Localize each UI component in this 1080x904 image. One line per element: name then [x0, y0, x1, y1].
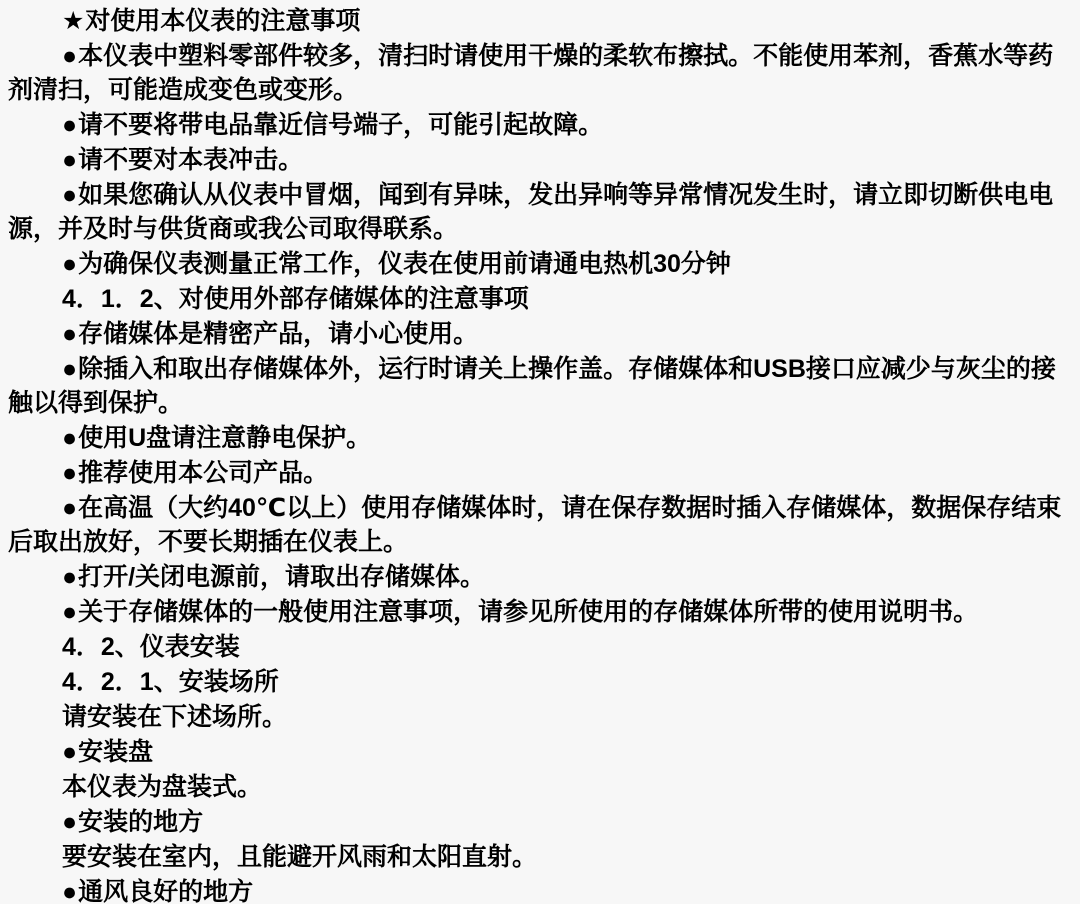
paragraph-text: 存储媒体是精密产品，请小心使用。: [78, 320, 478, 348]
bullet-paragraph: ●为确保仪表测量正常工作，仪表在使用前请通电热机30分钟: [8, 247, 1064, 281]
bullet-paragraph: ●本仪表中塑料零部件较多，清扫时请使用干燥的柔软布擦拭。不能使用苯剂，香蕉水等药…: [8, 39, 1064, 107]
document-body: ★对使用本仪表的注意事项●本仪表中塑料零部件较多，清扫时请使用干燥的柔软布擦拭。…: [8, 4, 1064, 904]
paragraph-text: 推荐使用本公司产品。: [78, 459, 328, 487]
paragraph-text: 4．2．1、安装场所: [62, 668, 279, 696]
section-heading: 4．1．2、对使用外部存储媒体的注意事项: [8, 282, 1064, 316]
paragraph-text: 请不要对本表冲击。: [78, 146, 303, 174]
bullet-icon: ●: [62, 181, 78, 209]
bullet-paragraph: ●存储媒体是精密产品，请小心使用。: [8, 317, 1064, 351]
paragraph-text: 打开/关闭电源前，请取出存储媒体。: [78, 563, 485, 591]
bullet-icon: ●: [62, 808, 78, 836]
bullet-icon: ●: [62, 250, 78, 278]
paragraph-text: 4．2、仪表安装: [62, 633, 240, 661]
paragraph-text: 请安装在下述场所。: [62, 703, 287, 731]
bullet-paragraph: ●推荐使用本公司产品。: [8, 456, 1064, 490]
bullet-icon: ●: [62, 146, 78, 174]
bullet-icon: ●: [62, 878, 78, 904]
star-icon: ★: [62, 7, 85, 35]
bullet-paragraph: ●请不要将带电品靠近信号端子，可能引起故障。: [8, 108, 1064, 142]
paragraph-text: 关于存储媒体的一般使用注意事项，请参见所使用的存储媒体所带的使用说明书。: [78, 598, 978, 626]
bullet-icon: ●: [62, 494, 78, 522]
paragraph-text: 为确保仪表测量正常工作，仪表在使用前请通电热机30分钟: [78, 250, 731, 278]
paragraph-text: 除插入和取出存储媒体外，运行时请关上操作盖。存储媒体和USB接口应减少与灰尘的接…: [8, 355, 1056, 417]
paragraph-text: 安装的地方: [78, 808, 203, 836]
bullet-paragraph: ●如果您确认从仪表中冒烟，闻到有异味，发出异响等异常情况发生时，请立即切断供电电…: [8, 178, 1064, 246]
paragraph-text: 4．1．2、对使用外部存储媒体的注意事项: [62, 285, 529, 313]
bullet-icon: ●: [62, 563, 78, 591]
paragraph-text: 使用U盘请注意静电保护。: [78, 424, 371, 452]
section-heading: 4．2、仪表安装: [8, 630, 1064, 664]
paragraph-text: 对使用本仪表的注意事项: [85, 7, 360, 35]
paragraph-text: 安装盘: [78, 738, 153, 766]
paragraph-text: 通风良好的地方: [78, 878, 253, 904]
bullet-icon: ●: [62, 738, 78, 766]
bullet-icon: ●: [62, 355, 78, 383]
bullet-paragraph: ●关于存储媒体的一般使用注意事项，请参见所使用的存储媒体所带的使用说明书。: [8, 595, 1064, 629]
paragraph-text: 在高温（大约40℃以上）使用存储媒体时，请在保存数据时插入存储媒体，数据保存结束…: [8, 494, 1061, 556]
bullet-paragraph: ●安装的地方: [8, 805, 1064, 839]
bullet-paragraph: ●请不要对本表冲击。: [8, 143, 1064, 177]
paragraph: 本仪表为盘装式。: [8, 770, 1064, 804]
paragraph: 请安装在下述场所。: [8, 700, 1064, 734]
bullet-icon: ●: [62, 459, 78, 487]
section-heading: 4．2．1、安装场所: [8, 665, 1064, 699]
manual-page: { "page": { "background_color": "#f7f7f7…: [0, 0, 1080, 904]
paragraph-text: 请不要将带电品靠近信号端子，可能引起故障。: [78, 111, 603, 139]
bullet-icon: ●: [62, 598, 78, 626]
paragraph-text: 本仪表中塑料零部件较多，清扫时请使用干燥的柔软布擦拭。不能使用苯剂，香蕉水等药剂…: [8, 42, 1053, 104]
bullet-paragraph: ●除插入和取出存储媒体外，运行时请关上操作盖。存储媒体和USB接口应减少与灰尘的…: [8, 352, 1064, 420]
bullet-paragraph: ●在高温（大约40℃以上）使用存储媒体时，请在保存数据时插入存储媒体，数据保存结…: [8, 491, 1064, 559]
bullet-paragraph: ●使用U盘请注意静电保护。: [8, 421, 1064, 455]
bullet-paragraph: ●安装盘: [8, 735, 1064, 769]
bullet-paragraph: ●打开/关闭电源前，请取出存储媒体。: [8, 560, 1064, 594]
paragraph-text: 要安装在室内，且能避开风雨和太阳直射。: [62, 843, 537, 871]
paragraph: 要安装在室内，且能避开风雨和太阳直射。: [8, 840, 1064, 874]
bullet-icon: ●: [62, 42, 78, 70]
bullet-icon: ●: [62, 320, 78, 348]
bullet-icon: ●: [62, 424, 78, 452]
section-title: ★对使用本仪表的注意事项: [8, 4, 1064, 38]
bullet-paragraph: ●通风良好的地方: [8, 875, 1064, 904]
bullet-icon: ●: [62, 111, 78, 139]
paragraph-text: 如果您确认从仪表中冒烟，闻到有异味，发出异响等异常情况发生时，请立即切断供电电源…: [8, 181, 1053, 243]
paragraph-text: 本仪表为盘装式。: [62, 773, 262, 801]
